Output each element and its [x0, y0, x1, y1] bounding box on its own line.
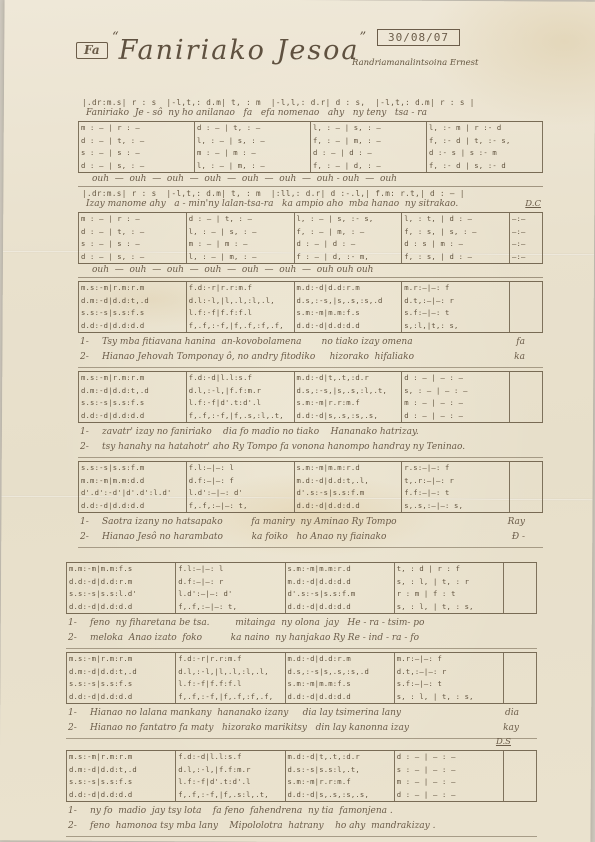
verse-end-word: Ray	[508, 515, 543, 530]
verse-number: 1-	[80, 515, 102, 530]
table-row: d.m:-d|d.d:t,.dd.l:-l,|l,.l,:l,.l,d.s,:-…	[78, 295, 543, 308]
table-cell: s, : l, | t, : s,	[394, 691, 503, 704]
table-cell: f,.f,:-f,|f,.f,:f,.f,	[175, 691, 284, 704]
table-cell: l.f:-f|d'.t:d'.l	[175, 776, 284, 789]
table-cell: f,.f,:—|—: t,	[175, 601, 284, 614]
table-row: d : — | s, : —l, : — | m, : —f : — | d, …	[78, 251, 543, 264]
table-cell: m : — | — : —	[394, 776, 503, 789]
table-cell: f, : s, | s, : —	[401, 226, 509, 239]
table-cell: l.d':—|—: d'	[186, 487, 294, 500]
table-cell: d.d:-d|s,.s,:s,.s,	[294, 410, 402, 423]
table-cell: l, : — | s, :- s,	[294, 213, 402, 226]
table-cell: s.m:-m|m.m:f.s	[294, 307, 402, 320]
solfa-block: |.dr:m.s| r : s |-l,t,: d.m| t, : m |-l,…	[78, 98, 543, 118]
verse-text: feno hamonoa tsy mba lany Mipololotra ha…	[90, 819, 435, 834]
verse-number: 1-	[80, 335, 102, 350]
solfa-block: |.dr:m.s| r : s |-l,t,: d.m| t, : m |:ll…	[78, 189, 543, 209]
verse-text: Tsy mba fitiavana hanina an-kovobolamena…	[102, 335, 413, 350]
table-cell: m.d:-d|t,.t,:d.r	[285, 751, 394, 764]
verse-number: 1-	[80, 425, 102, 440]
table-cell: f.d:-d|l.l:s.f	[186, 372, 294, 385]
verse-line: 1-Saotra izany no hatsapako fa maniry ny…	[80, 515, 543, 530]
verse-line: 2-meloka Anao izato foko ka naino ny han…	[68, 631, 537, 646]
table-cell: s.s:-s|s.s:f.s	[78, 397, 186, 410]
table-cell: m.d:-d|d.d:r.m	[285, 653, 394, 666]
table-cell: d.s:-s|s.s:l,.t,	[285, 764, 394, 777]
verse-text: feno ny fiharetana be tsa. mitainga ny o…	[90, 616, 424, 631]
table-cell	[509, 500, 543, 513]
table-cell: d.d:-d|d.d:d.d	[78, 320, 186, 333]
lyric-line: Izay manome ahy a - min'ny lalan-tsa-ra …	[86, 199, 543, 209]
table-cell: d'.d':-d'|d'.d':l.d'	[78, 487, 186, 500]
table-cell: l, :- m | r :- d	[426, 122, 543, 135]
title-text: Faniriako Jesoa	[119, 35, 360, 66]
table-cell: d.d:-d|d.d:d.d	[78, 500, 186, 513]
table-cell: l, : — | m, : —	[194, 160, 310, 173]
table-row: m : — | r : —d : — | t, : —l, : — | s, :…	[78, 213, 543, 226]
table-row: m.s:-m|r.m:r.mf.d:-d|l.l:s.fm.d:-d|t,.t,…	[66, 751, 537, 764]
table-cell: d.d:-d|d.d:d.d	[66, 789, 175, 802]
verse-text: Hianao Jehovah Tomponay ô, no andry fito…	[102, 350, 414, 365]
table-cell	[503, 563, 537, 576]
table-cell: d.l:-l,|l,.l,:l,.l,	[186, 295, 294, 308]
solfa-table: m.s:-m|r.m:r.mf.d:-r|r.r:m.fm.d:-d|d.d:r…	[78, 281, 543, 333]
date-box: 30/08/07	[377, 29, 460, 46]
table-cell: f.f:—|—: t	[401, 487, 509, 500]
table-cell: d.t,:—|—: r	[394, 666, 503, 679]
solfa-table: m : — | r : —d : — | t, : —l, : — | s, :…	[78, 121, 543, 173]
table-cell: l, : — | s, : —	[310, 122, 426, 135]
table-cell: d : — | d : —	[294, 238, 402, 251]
table-cell: d.d:-d|d.d:d.d	[66, 691, 175, 704]
table-cell: d.m:-d|d.d:t,.d	[78, 295, 186, 308]
key-signature-box: Fa	[76, 42, 108, 59]
verse-line: 2-Hianao Jehovah Tomponay ô, no andry fi…	[80, 350, 543, 365]
solfa-notation-line: |.dr:m.s| r : s |-l,t,: d.m| t, : m |:ll…	[82, 189, 543, 198]
table-cell: s.m:-m|r.r:m.f	[294, 397, 402, 410]
table-cell: d : — | t, : —	[78, 226, 186, 239]
verse-text: zavatr' izay no faniriako dia fo madio n…	[102, 425, 419, 440]
table-row: d.d:-d|d.d:d.df,.f,:-f,|f,.s:l,.t,d.d:-d…	[66, 789, 537, 802]
table-cell: f, : s, | d : —	[401, 251, 509, 264]
verse-number: 2-	[68, 721, 90, 736]
verse-line: 2-Hianao no fantatro fa maty hizorako ma…	[68, 721, 537, 736]
table-row: s.s:-s|s.s:f.sl.f:-f|d'.t:d'.ls.m:-m|r.r…	[66, 776, 537, 789]
table-cell	[509, 397, 543, 410]
open-quote: “	[112, 30, 119, 45]
solfa-table: s.s:-s|s.s:f.mf.l:—|—: ls.m:-m|m.m:r.dr.…	[78, 461, 543, 513]
table-cell: f.l:—|—: l	[175, 563, 284, 576]
verse-text: Hianao Jesô no harambato ka foiko ho Ana…	[102, 530, 386, 545]
table-cell: t,.r:—|—: r	[401, 475, 509, 488]
table-cell: d.f:—|—: f	[186, 475, 294, 488]
table-cell: m.m:-m|m.m:d.d	[78, 475, 186, 488]
table-cell: s, : l, | t, : s,	[394, 601, 503, 614]
table-cell	[509, 307, 543, 320]
notation-block: s.s:-s|s.s:f.mf.l:—|—: ls.m:-m|m.m:r.dr.…	[78, 461, 543, 548]
table-cell: f,.f,:-f,|f,.s,:l,.t,	[186, 410, 294, 423]
table-cell: m : — | m : —	[186, 238, 294, 251]
table-cell: s.m:-m|m.m:r.d	[294, 462, 402, 475]
table-row: s.s:-s|s.s:f.sl.f:-f|f.f:f.ls.m:-m|m.m:f…	[78, 307, 543, 320]
table-cell: s.f:—|—: t	[394, 678, 503, 691]
solfa-table: m.s:-m|r.m:r.mf.d:-d|l.l:s.fm.d:-d|t,.t,…	[66, 750, 537, 802]
verse-line: 1-Hianao no lalana mankany hananako izan…	[68, 706, 537, 721]
table-cell	[503, 776, 537, 789]
notation-block: m.m:-m|m.m:f.sf.l:—|—: ls.m:-m|m.m:r.dt,…	[66, 562, 537, 649]
table-cell: d : — | d : —	[310, 147, 426, 160]
verse-line: 1-feno ny fiharetana be tsa. mitainga ny…	[68, 616, 537, 631]
table-cell: d.d:-d|d.d:d.d	[285, 601, 394, 614]
table-cell: m.r:—|—: f	[401, 282, 509, 295]
table-cell: f, : — | m, : —	[294, 226, 402, 239]
table-cell: d.l,:-l,|f.f:m.r	[186, 385, 294, 398]
page-title: “Faniriako Jesoa”	[112, 30, 366, 66]
notation-block: m.s:-m|r.m:r.mf.d:-r|r.r:m.fm.d:-d|d.d:r…	[78, 281, 543, 368]
verse-line: 1-zavatr' izay no faniriako dia fo madio…	[80, 425, 543, 440]
table-cell	[503, 666, 537, 679]
table-cell: d.l,:-l,|f.f:m.r	[175, 764, 284, 777]
verse-end-word: ka	[514, 350, 543, 365]
table-cell: m : — | m : —	[194, 147, 310, 160]
table-cell: f.d:-r|r.r:m.f	[186, 282, 294, 295]
table-row: m.s:-m|r.m:r.mf.d:-r|r.r:m.fm.d:-d|d.d:r…	[66, 653, 537, 666]
table-cell: d : — | s, : —	[78, 160, 194, 173]
close-quote: ”	[360, 30, 367, 45]
table-row: d.d:-d|d.d:d.df,.f,:-f,|f,.f,:f,.f,d.d:-…	[66, 691, 537, 704]
table-cell: s,:l,|t,: s,	[401, 320, 509, 333]
verse-group: 1-feno ny fiharetana be tsa. mitainga ny…	[66, 614, 537, 649]
table-cell: m.d:-d|d.d:t,.l,	[294, 475, 402, 488]
header: Fa “Faniriako Jesoa” 30/08/07 Randriaman…	[0, 0, 595, 96]
notation-block: m.s:-m|r.m:r.mf.d:-d|l.l:s.fm.d:-d|t,.t,…	[66, 750, 537, 837]
table-cell: d.d:-d|d.d:d.d	[66, 601, 175, 614]
table-cell: f, : — | m, : —	[310, 135, 426, 148]
table-cell	[509, 282, 543, 295]
lyric-text: Faniriako Je - sô ny ho anilanao fa efa …	[86, 108, 427, 118]
table-cell: d.d:-d|d.d:d.d	[294, 500, 402, 513]
notation-block: m : — | r : —d : — | t, : —l, : — | s, :…	[78, 212, 543, 278]
verse-number: 2-	[68, 631, 90, 646]
table-row: d.d:-d|d.d:d.df,.f,:-f,|f,.s,:l,.t,d.d:-…	[78, 410, 543, 423]
table-row: m.m:-m|m.m:f.sf.l:—|—: ls.m:-m|m.m:r.dt,…	[66, 563, 537, 576]
table-cell: l, : t, | d : —	[401, 213, 509, 226]
table-row: d : — | t, : —l, : — | s, : —f, : — | m,…	[78, 226, 543, 239]
table-cell: d.m:-d|d.d:t,.d	[78, 385, 186, 398]
table-cell: m : — | r : —	[78, 122, 194, 135]
ouh-lyric-line: ouh — ouh — ouh — ouh — ouh — ouh — ouh …	[78, 264, 543, 278]
verse-number: 1-	[68, 804, 90, 819]
verse-group: 1-Hianao no lalana mankany hananako izan…	[66, 704, 537, 739]
table-cell: —:—	[509, 238, 543, 251]
table-cell	[503, 678, 537, 691]
table-cell: m.s:-m|r.m:r.m	[66, 751, 175, 764]
table-cell: s.f:—|—: t	[401, 307, 509, 320]
table-cell: s.m:-m|r.r:m.f	[285, 776, 394, 789]
table-cell	[509, 410, 543, 423]
table-cell: d.d:-d|d.d:d.d	[78, 410, 186, 423]
table-cell: d'.s:-s|s.s:f.m	[294, 487, 402, 500]
table-row: d : — | t, : —l, : — | s, : —f, : — | m,…	[78, 135, 543, 148]
verse-text: ny fo madio jay tsy lota fa feno fahendr…	[90, 804, 393, 819]
table-cell: d.t,:—|—: r	[401, 295, 509, 308]
table-row: s.s:-s|s.s:f.mf.l:—|—: ls.m:-m|m.m:r.dr.…	[78, 462, 543, 475]
table-cell: f,.f,:-f,|f,.f,:f,.f,	[186, 320, 294, 333]
verse-end-word: dia	[505, 706, 537, 721]
verse-text: Saotra izany no hatsapako fa maniry ny A…	[102, 515, 397, 530]
table-cell: d :- s | s :- m	[426, 147, 543, 160]
solfa-table: m.s:-m|r.m:r.mf.d:-d|l.l:s.fm.d:-d|t,.t,…	[78, 371, 543, 423]
lyric-text: Izay manome ahy a - min'ny lalan-tsa-ra …	[86, 199, 458, 209]
verse-number: 2-	[68, 819, 90, 834]
verse-text: Hianao no fantatro fa maty hizorako mari…	[90, 721, 409, 736]
table-cell	[503, 601, 537, 614]
table-cell: l, : — | s, : —	[186, 226, 294, 239]
verse-group: 1-ny fo madio jay tsy lota fa feno fahen…	[66, 802, 537, 837]
table-cell: d.s,:-s|s,.s,:s,.d	[285, 666, 394, 679]
table-cell: l.f:-f|d'.t:d'.l	[186, 397, 294, 410]
sections-part1: |.dr:m.s| r : s |-l,t,: d.m| t, : m |-l,…	[0, 98, 595, 548]
verse-group: 1-Tsy mba fitiavana hanina an-kovobolame…	[78, 333, 543, 368]
table-cell: d : s | m : —	[401, 238, 509, 251]
solfa-table: m.m:-m|m.m:f.sf.l:—|—: ls.m:-m|m.m:r.dt,…	[66, 562, 537, 614]
table-cell	[503, 653, 537, 666]
table-row: d'.d':-d'|d'.d':l.d'l.d':—|—: d'd'.s:-s|…	[78, 487, 543, 500]
table-cell	[509, 320, 543, 333]
dal-segno-note: D.S	[66, 737, 537, 747]
table-cell	[509, 372, 543, 385]
table-cell: d : — | t, : —	[186, 213, 294, 226]
verse-number: 2-	[80, 350, 102, 365]
table-cell: l.f:-f|f.f:f.l	[186, 307, 294, 320]
table-cell: d : — | — : —	[401, 372, 509, 385]
table-cell: r.s:—|—: f	[401, 462, 509, 475]
table-cell: d.d:-d|s,.s,:s,.s,	[285, 789, 394, 802]
verse-number: 2-	[80, 440, 102, 455]
table-cell: d.s,:-s,|s,.s,:l,.t,	[294, 385, 402, 398]
table-cell: m.s:-m|r.m:r.m	[78, 372, 186, 385]
verse-end-word: kay	[503, 721, 537, 736]
verse-line: 2-feno hamonoa tsy mba lany Mipololotra …	[68, 819, 537, 834]
table-cell: s.s:-s|s.s:f.s	[66, 678, 175, 691]
table-cell	[509, 475, 543, 488]
table-cell: d : — | — : —	[401, 410, 509, 423]
table-row: d.m:-d|d.d:t,.dd.l,:-l,|f.f:m.rd.s:-s|s.…	[66, 764, 537, 777]
table-cell: d : — | t, : —	[194, 122, 310, 135]
table-cell: f, :- d | t, :- s,	[426, 135, 543, 148]
table-cell	[503, 691, 537, 704]
notation-block: m.s:-m|r.m:r.mf.d:-r|r.r:m.fm.d:-d|d.d:r…	[66, 652, 537, 747]
da-capo-note: D.C	[525, 199, 543, 209]
table-cell	[503, 789, 537, 802]
table-cell: f.d:-d|l.l:s.f	[175, 751, 284, 764]
table-cell	[509, 385, 543, 398]
table-cell: t, : d | r : f	[394, 563, 503, 576]
table-cell: s, : — | — : —	[401, 385, 509, 398]
table-cell: m.d:-d|d.d:r.m	[294, 282, 402, 295]
table-cell: —:—	[509, 213, 543, 226]
table-cell: d.d:-d|d.d:d.d	[294, 320, 402, 333]
table-cell: m : — | — : —	[401, 397, 509, 410]
table-cell	[509, 487, 543, 500]
notation-block: m.s:-m|r.m:r.mf.d:-d|l.l:s.fm.d:-d|t,.t,…	[78, 371, 543, 458]
table-cell: d.s,:-s,|s,.s,:s,.d	[294, 295, 402, 308]
table-row: m.m:-m|m.m:d.dd.f:—|—: fm.d:-d|d.d:t,.l,…	[78, 475, 543, 488]
lyric-line: Faniriako Je - sô ny ho anilanao fa efa …	[86, 108, 543, 118]
author-name: Randriamanalintsoina Ernest	[352, 58, 478, 68]
table-cell: f : — | d, :- m,	[294, 251, 402, 264]
table-cell: s.s:-s|s.s:f.s	[66, 776, 175, 789]
table-cell: s.m:-m|m.m:r.d	[285, 563, 394, 576]
table-row: s.s:-s|s.s:f.sl.f:-f|d'.t:d'.ls.m:-m|r.r…	[78, 397, 543, 410]
table-cell: m.d:-d|t,.t,:d.r	[294, 372, 402, 385]
table-row: d.m:-d|d.d:t,.dd.l,:-l,|l,.l,:l,.l,d.s,:…	[66, 666, 537, 679]
table-cell: s.s:-s|s.s:l.d'	[66, 588, 175, 601]
verse-text: tsy hanahy na hatahotr' aho Ry Tompo fa …	[102, 440, 465, 455]
table-cell: s,.s,:—|—: s,	[401, 500, 509, 513]
table-cell: l.d':—|—: d'	[175, 588, 284, 601]
solfa-table: m.s:-m|r.m:r.mf.d:-r|r.r:m.fm.d:-d|d.d:r…	[66, 652, 537, 704]
table-cell: s : — | s : —	[78, 147, 194, 160]
table-cell: d.d:-d|d.d:d.d	[285, 691, 394, 704]
table-cell: d : — | s, : —	[78, 251, 186, 264]
verse-number: 2-	[80, 530, 102, 545]
table-cell: l, : — | s, : —	[194, 135, 310, 148]
verse-line: 1-Tsy mba fitiavana hanina an-kovobolame…	[80, 335, 543, 350]
table-cell	[503, 576, 537, 589]
verse-text: meloka Anao izato foko ka naino ny hanja…	[90, 631, 419, 646]
table-cell: r : m | f : t	[394, 588, 503, 601]
table-row: d.d:-d|d.d:r.md.f:—|—: rm.d:-d|d.d:d.ds,…	[66, 576, 537, 589]
table-row: m.s:-m|r.m:r.mf.d:-r|r.r:m.fm.d:-d|d.d:r…	[78, 282, 543, 295]
verse-end-word: fa	[516, 335, 543, 350]
table-cell: d : — | t, : —	[78, 135, 194, 148]
table-cell: f,.f,:—|—: t,	[186, 500, 294, 513]
table-row: m.s:-m|r.m:r.mf.d:-d|l.l:s.fm.d:-d|t,.t,…	[78, 372, 543, 385]
verse-number: 1-	[68, 616, 90, 631]
table-cell: d'.s:-s|s.s:f.m	[285, 588, 394, 601]
table-cell: s : — | — : —	[394, 764, 503, 777]
table-cell: d.m:-d|d.d:t,.d	[66, 666, 175, 679]
table-row: d.m:-d|d.d:t,.dd.l,:-l,|f.f:m.rd.s,:-s,|…	[78, 385, 543, 398]
table-cell: f.l:—|—: l	[186, 462, 294, 475]
table-row: s.s:-s|s.s:l.d'l.d':—|—: d'd'.s:-s|s.s:f…	[66, 588, 537, 601]
table-cell: d.f:—|—: r	[175, 576, 284, 589]
solfa-notation-line: |.dr:m.s| r : s |-l,t,: d.m| t, : m |-l,…	[82, 98, 543, 107]
table-cell: s, : l, | t, : r	[394, 576, 503, 589]
table-row: d.d:-d|d.d:d.df,.f,:—|—: t,d.d:-d|d.d:d.…	[78, 500, 543, 513]
table-cell	[503, 764, 537, 777]
table-row: d.d:-d|d.d:d.df,.f,:—|—: t,d.d:-d|d.d:d.…	[66, 601, 537, 614]
table-row: s : — | s : —m : — | m : —d : — | d : —d…	[78, 238, 543, 251]
table-cell: m : — | r : —	[78, 213, 186, 226]
table-row: d.d:-d|d.d:d.df,.f,:-f,|f,.f,:f,.f,d.d:-…	[78, 320, 543, 333]
verse-line: 2-Hianao Jesô no harambato ka foiko ho A…	[80, 530, 543, 545]
ouh-lyric-line: ouh — ouh — ouh — ouh — ouh — ouh — ouh …	[78, 173, 543, 187]
verse-number: 1-	[68, 706, 90, 721]
table-row: m : — | r : —d : — | t, : —l, : — | s, :…	[78, 122, 543, 135]
verse-line: 2-tsy hanahy na hatahotr' aho Ry Tompo f…	[80, 440, 543, 455]
table-cell: —:—	[509, 251, 543, 264]
table-cell: d.d:-d|d.d:r.m	[66, 576, 175, 589]
table-cell: f, :- d | s, :- d	[426, 160, 543, 173]
solfa-table: m : — | r : —d : — | t, : —l, : — | s, :…	[78, 212, 543, 264]
notation-block: m : — | r : —d : — | t, : —l, : — | s, :…	[78, 121, 543, 187]
verse-group: 1-Saotra izany no hatsapako fa maniry ny…	[78, 513, 543, 548]
table-cell: f.d:-r|r.r:m.f	[175, 653, 284, 666]
sheet-content: Fa “Faniriako Jesoa” 30/08/07 Randriaman…	[0, 0, 595, 837]
table-cell: d.m:-d|d.d:t,.d	[66, 764, 175, 777]
table-cell	[509, 295, 543, 308]
verse-end-word: Ð -	[512, 530, 543, 545]
table-cell: m.d:-d|d.d:d.d	[285, 576, 394, 589]
verse-text: Hianao no lalana mankany hananako izany …	[90, 706, 401, 721]
table-cell: s.m:-m|m.m:f.s	[285, 678, 394, 691]
verse-line: 1-ny fo madio jay tsy lota fa feno fahen…	[68, 804, 537, 819]
table-cell: f,.f,:-f,|f,.s:l,.t,	[175, 789, 284, 802]
table-cell	[509, 462, 543, 475]
table-cell: d.l,:-l,|l,.l,:l,.l,	[175, 666, 284, 679]
table-cell: m.s:-m|r.m:r.m	[66, 653, 175, 666]
sections-part2: m.m:-m|m.m:f.sf.l:—|—: ls.m:-m|m.m:r.dt,…	[0, 562, 595, 837]
table-cell: s.s:-s|s.s:f.s	[78, 307, 186, 320]
table-cell: s : — | s : —	[78, 238, 186, 251]
table-cell: —:—	[509, 226, 543, 239]
table-cell: m.m:-m|m.m:f.s	[66, 563, 175, 576]
table-row: s.s:-s|s.s:f.sl.f:-f|f.f:f.ls.m:-m|m.m:f…	[66, 678, 537, 691]
table-cell: l.f:-f|f.f:f.l	[175, 678, 284, 691]
table-cell: m.s:-m|r.m:r.m	[78, 282, 186, 295]
table-cell: l, : — | m, : —	[186, 251, 294, 264]
table-cell: s.s:-s|s.s:f.m	[78, 462, 186, 475]
table-cell: d : — | — : —	[394, 751, 503, 764]
table-cell: m.r:—|—: f	[394, 653, 503, 666]
table-row: s : — | s : —m : — | m : —d : — | d : —d…	[78, 147, 543, 160]
table-row: d : — | s, : —l, : — | m, : —f, : — | d,…	[78, 160, 543, 173]
table-cell	[503, 588, 537, 601]
table-cell	[503, 751, 537, 764]
verse-group: 1-zavatr' izay no faniriako dia fo madio…	[78, 423, 543, 458]
table-cell: d : — | — : —	[394, 789, 503, 802]
table-cell: f, : — | d, : —	[310, 160, 426, 173]
